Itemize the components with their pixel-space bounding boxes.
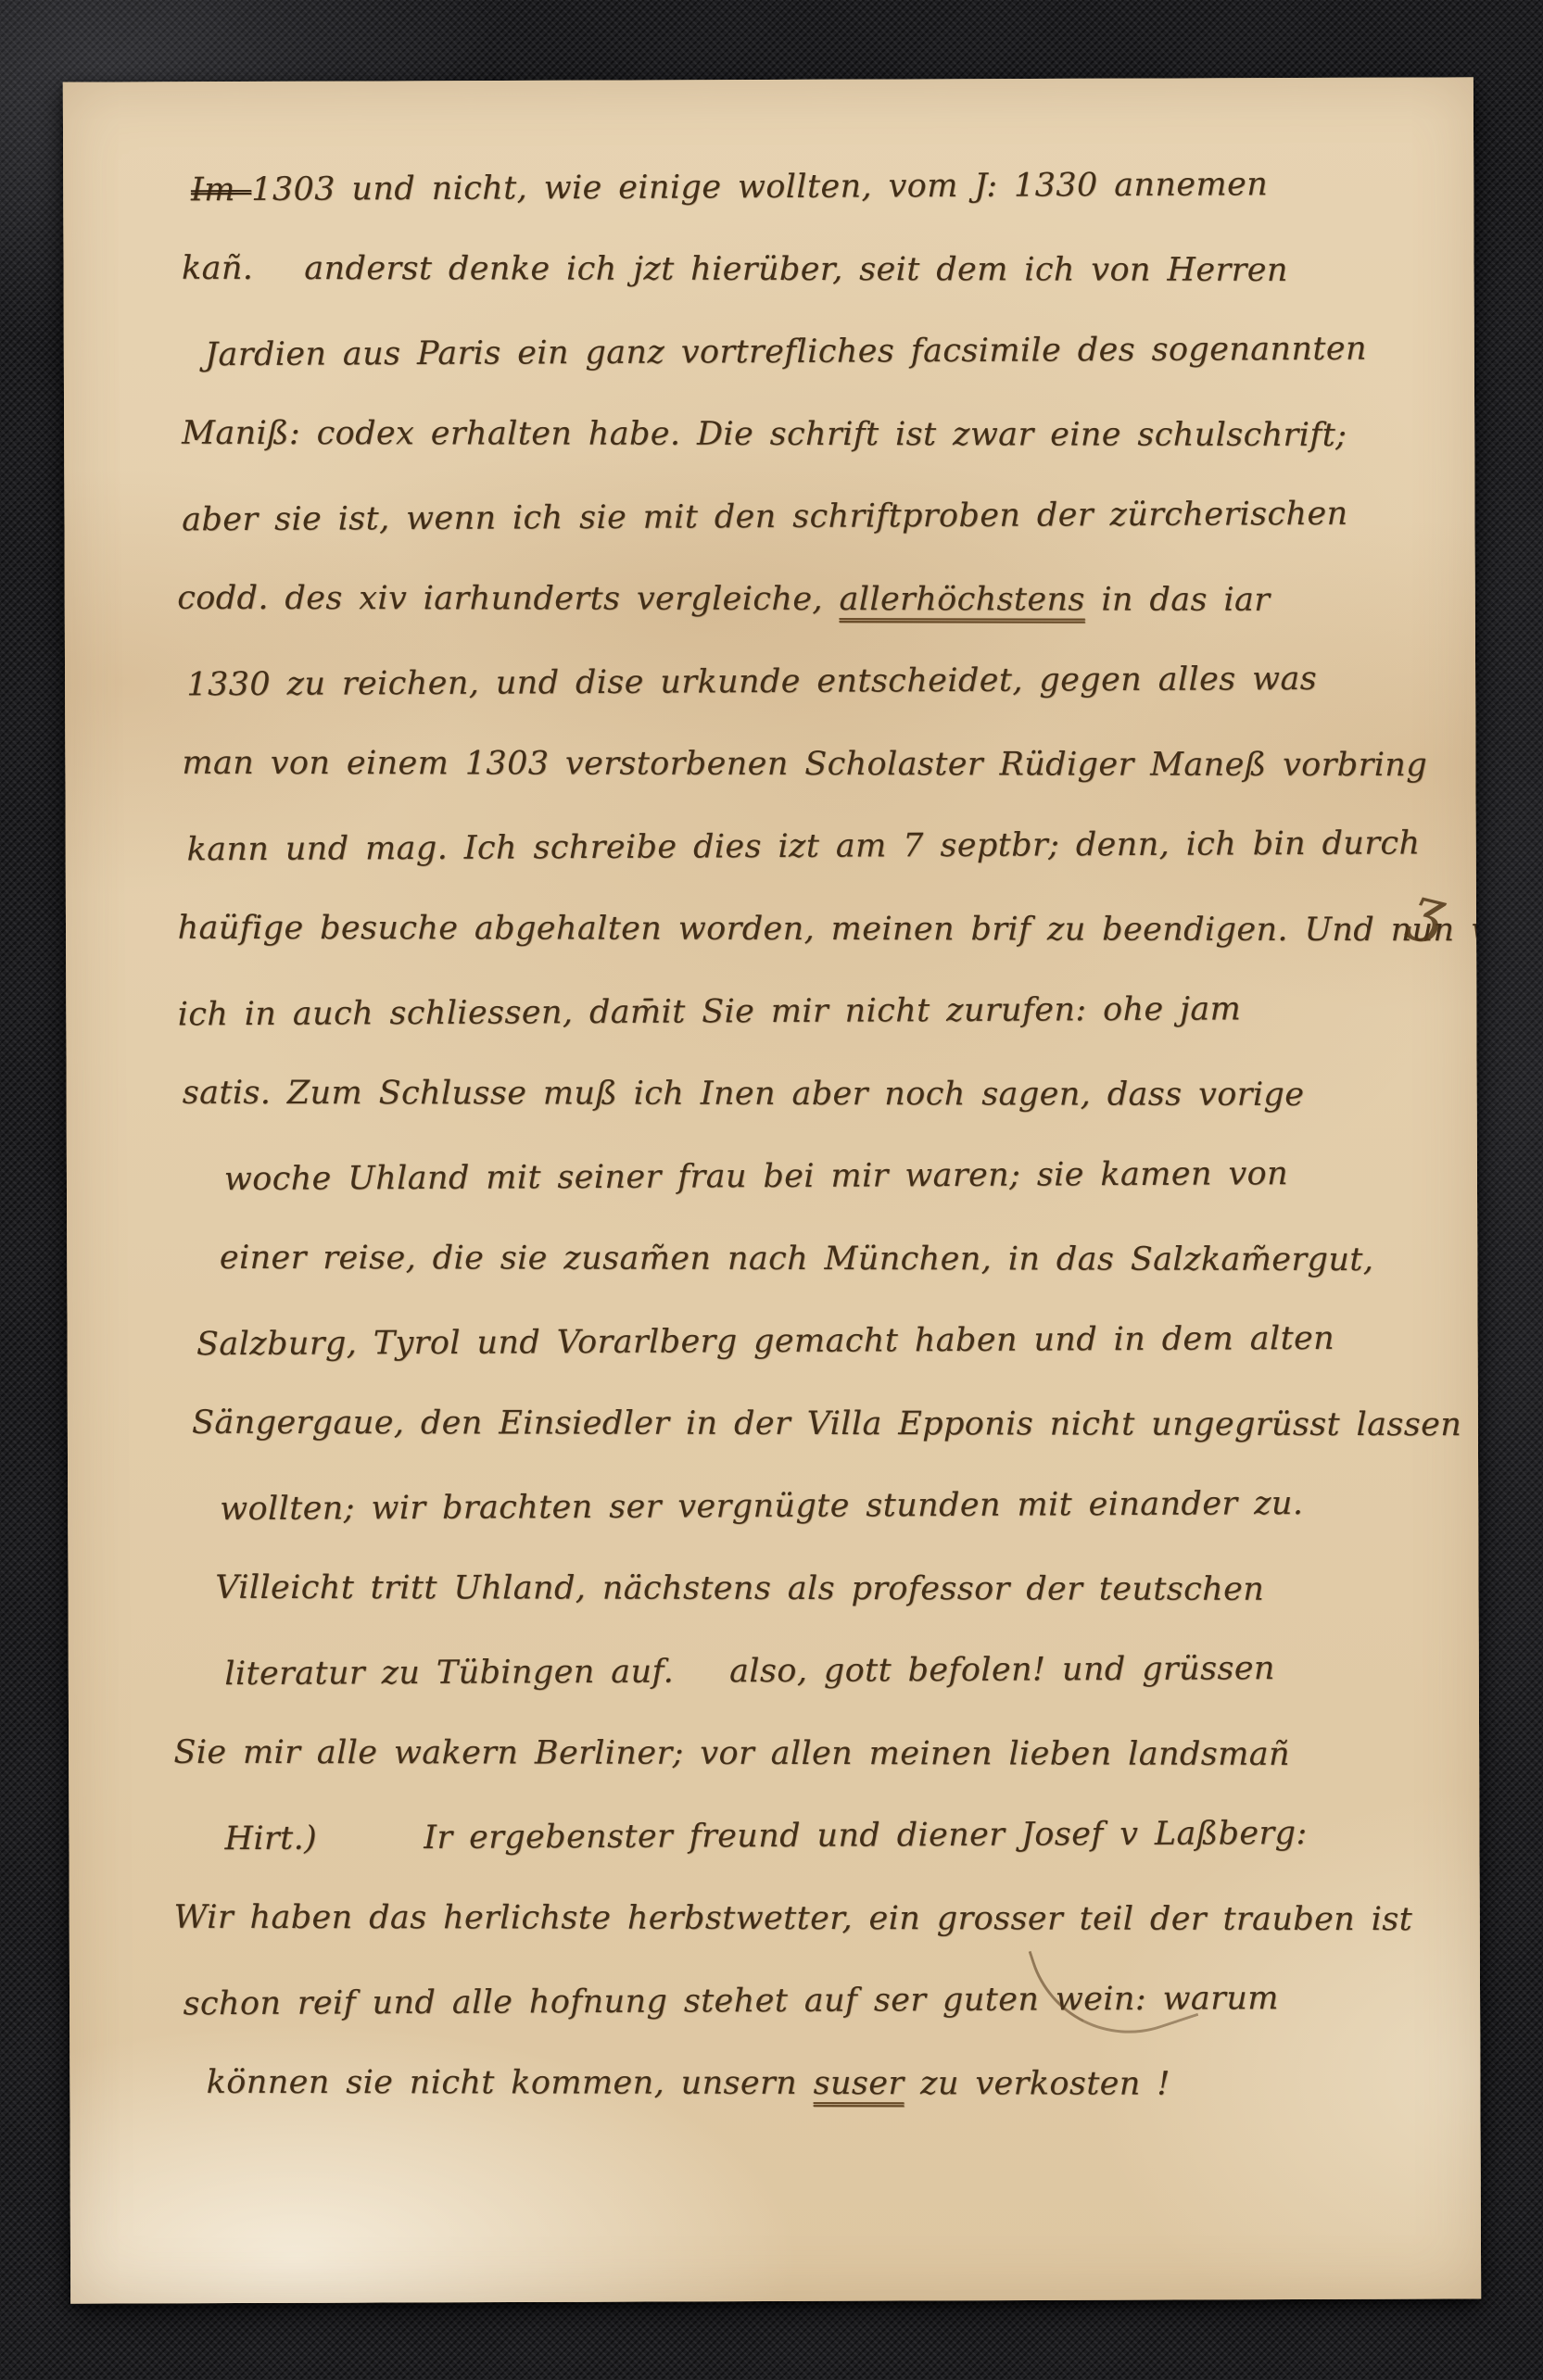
line-text: Salzburg, Tyrol und Vorarlberg gemacht h… — [196, 1320, 1334, 1363]
letter-line: kann und mag. Ich schreibe dies izt am 7… — [121, 802, 1448, 891]
line-text: haüfige besuche abgehalten worden, meine… — [178, 910, 1482, 950]
letter-line: codd. des xiv iarhunderts vergleiche, al… — [121, 558, 1448, 642]
line-text: kañ. — [182, 250, 253, 287]
letter-line: man von einem 1303 verstorbenen Scholast… — [121, 723, 1448, 807]
line-text: Sie mir alle wakern Berliner; vor allen … — [173, 1734, 1290, 1773]
line-text: einer reise, die sie zusam̃en nach Münch… — [220, 1240, 1373, 1278]
letter-line: einer reise, die sie zusam̃en nach Münch… — [122, 1217, 1449, 1302]
letter-line: woche Uhland mit seiner frau bei mir war… — [122, 1132, 1449, 1221]
line-text: zu verkosten ! — [904, 2065, 1170, 2103]
struck-word: Im — [191, 171, 252, 208]
line-text: Hirt.) — [224, 1820, 317, 1858]
letter-line: ich in auch schliessen, dam̄it Sie mir n… — [121, 967, 1448, 1056]
line-text: satis. Zum Schlusse muß ich Inen aber no… — [183, 1075, 1305, 1114]
line-text: ich in auch schliessen, dam̄it Sie mir n… — [178, 990, 1242, 1033]
line-text: Jardien aus Paris ein ganz vortrefliches… — [205, 331, 1367, 374]
letter-line: Sängergaue, den Einsiedler in der Villa … — [122, 1382, 1449, 1467]
letter-line: schon reif und alle hofnung stehet auf s… — [122, 1957, 1449, 2046]
letter-line: Sie mir alle wakern Berliner; vor allen … — [122, 1712, 1449, 1796]
letter-line: können sie nicht kommen, unsern suser zu… — [123, 2042, 1450, 2126]
letter-line: Villeicht tritt Uhland, nächstens als pr… — [122, 1547, 1449, 1631]
line-text: also, gott befolen! und grüssen — [729, 1650, 1275, 1690]
letter-line: aber sie ist, wenn ich sie mit den schri… — [121, 472, 1448, 561]
letter-line: literatur zu Tübingen auf.also, gott bef… — [122, 1627, 1449, 1716]
letter-line: Jardien aus Paris ein ganz vortrefliches… — [121, 308, 1448, 397]
line-text: können sie nicht kommen, unsern — [207, 2064, 814, 2102]
letter-lines: Im 1303 und nicht, wie einige wollten, v… — [121, 145, 1450, 2125]
line-text: kann und mag. Ich schreibe dies izt am 7… — [186, 825, 1420, 868]
letter-line: Salzburg, Tyrol und Vorarlberg gemacht h… — [122, 1297, 1449, 1386]
line-text: literatur zu Tübingen auf. — [224, 1654, 674, 1694]
line-text: Wir haben das herlichste herbstwetter, e… — [173, 1899, 1412, 1938]
line-text: Sängergaue, den Einsiedler in der Villa … — [192, 1404, 1461, 1443]
underlined-word: allerhöchstens — [839, 581, 1084, 618]
letter-line: Im 1303 und nicht, wie einige wollten, v… — [121, 143, 1448, 232]
line-gap — [317, 1848, 424, 1849]
line-text: 1303 und nicht, wie einige wollten, vom … — [251, 166, 1268, 208]
letter-line: kañ.anderst denke ich jzt hierüber, seit… — [121, 228, 1448, 312]
line-text: wollten; wir brachten ser vergnügte stun… — [220, 1485, 1303, 1528]
line-text: man von einem 1303 verstorbenen Scholast… — [182, 745, 1427, 784]
line-text: Villeicht tritt Uhland, nächstens als pr… — [215, 1569, 1264, 1608]
letter-page: Im 1303 und nicht, wie einige wollten, v… — [63, 77, 1481, 2303]
letter-line: 1330 zu reichen, und dise urkunde entsch… — [121, 637, 1448, 726]
line-text: Maniß: codex erhalten habe. Die schrift … — [182, 415, 1347, 454]
letter-line: haüfige besuche abgehalten worden, meine… — [122, 888, 1449, 972]
letter-line: Hirt.)Ir ergebenster freund und diener J… — [122, 1792, 1449, 1881]
letter-line: Wir haben das herlichste herbstwetter, e… — [122, 1877, 1449, 1961]
line-text: woche Uhland mit seiner frau bei mir war… — [224, 1155, 1288, 1198]
line-text: aber sie ist, wenn ich sie mit den schri… — [182, 496, 1347, 539]
letter-line: wollten; wir brachten ser vergnügte stun… — [122, 1462, 1449, 1551]
letter-line: Maniß: codex erhalten habe. Die schrift … — [121, 393, 1448, 477]
line-text: anderst denke ich jzt hierüber, seit dem… — [304, 250, 1288, 289]
letter-line: satis. Zum Schlusse muß ich Inen aber no… — [122, 1052, 1449, 1137]
line-text: in das iar — [1085, 582, 1271, 619]
line-text: codd. des xiv iarhunderts vergleiche, — [177, 580, 839, 618]
line-text: Ir ergebenster freund und diener Josef v… — [424, 1815, 1308, 1857]
line-text: 1330 zu reichen, und dise urkunde entsch… — [186, 661, 1317, 703]
underlined-word: suser — [814, 2065, 904, 2102]
